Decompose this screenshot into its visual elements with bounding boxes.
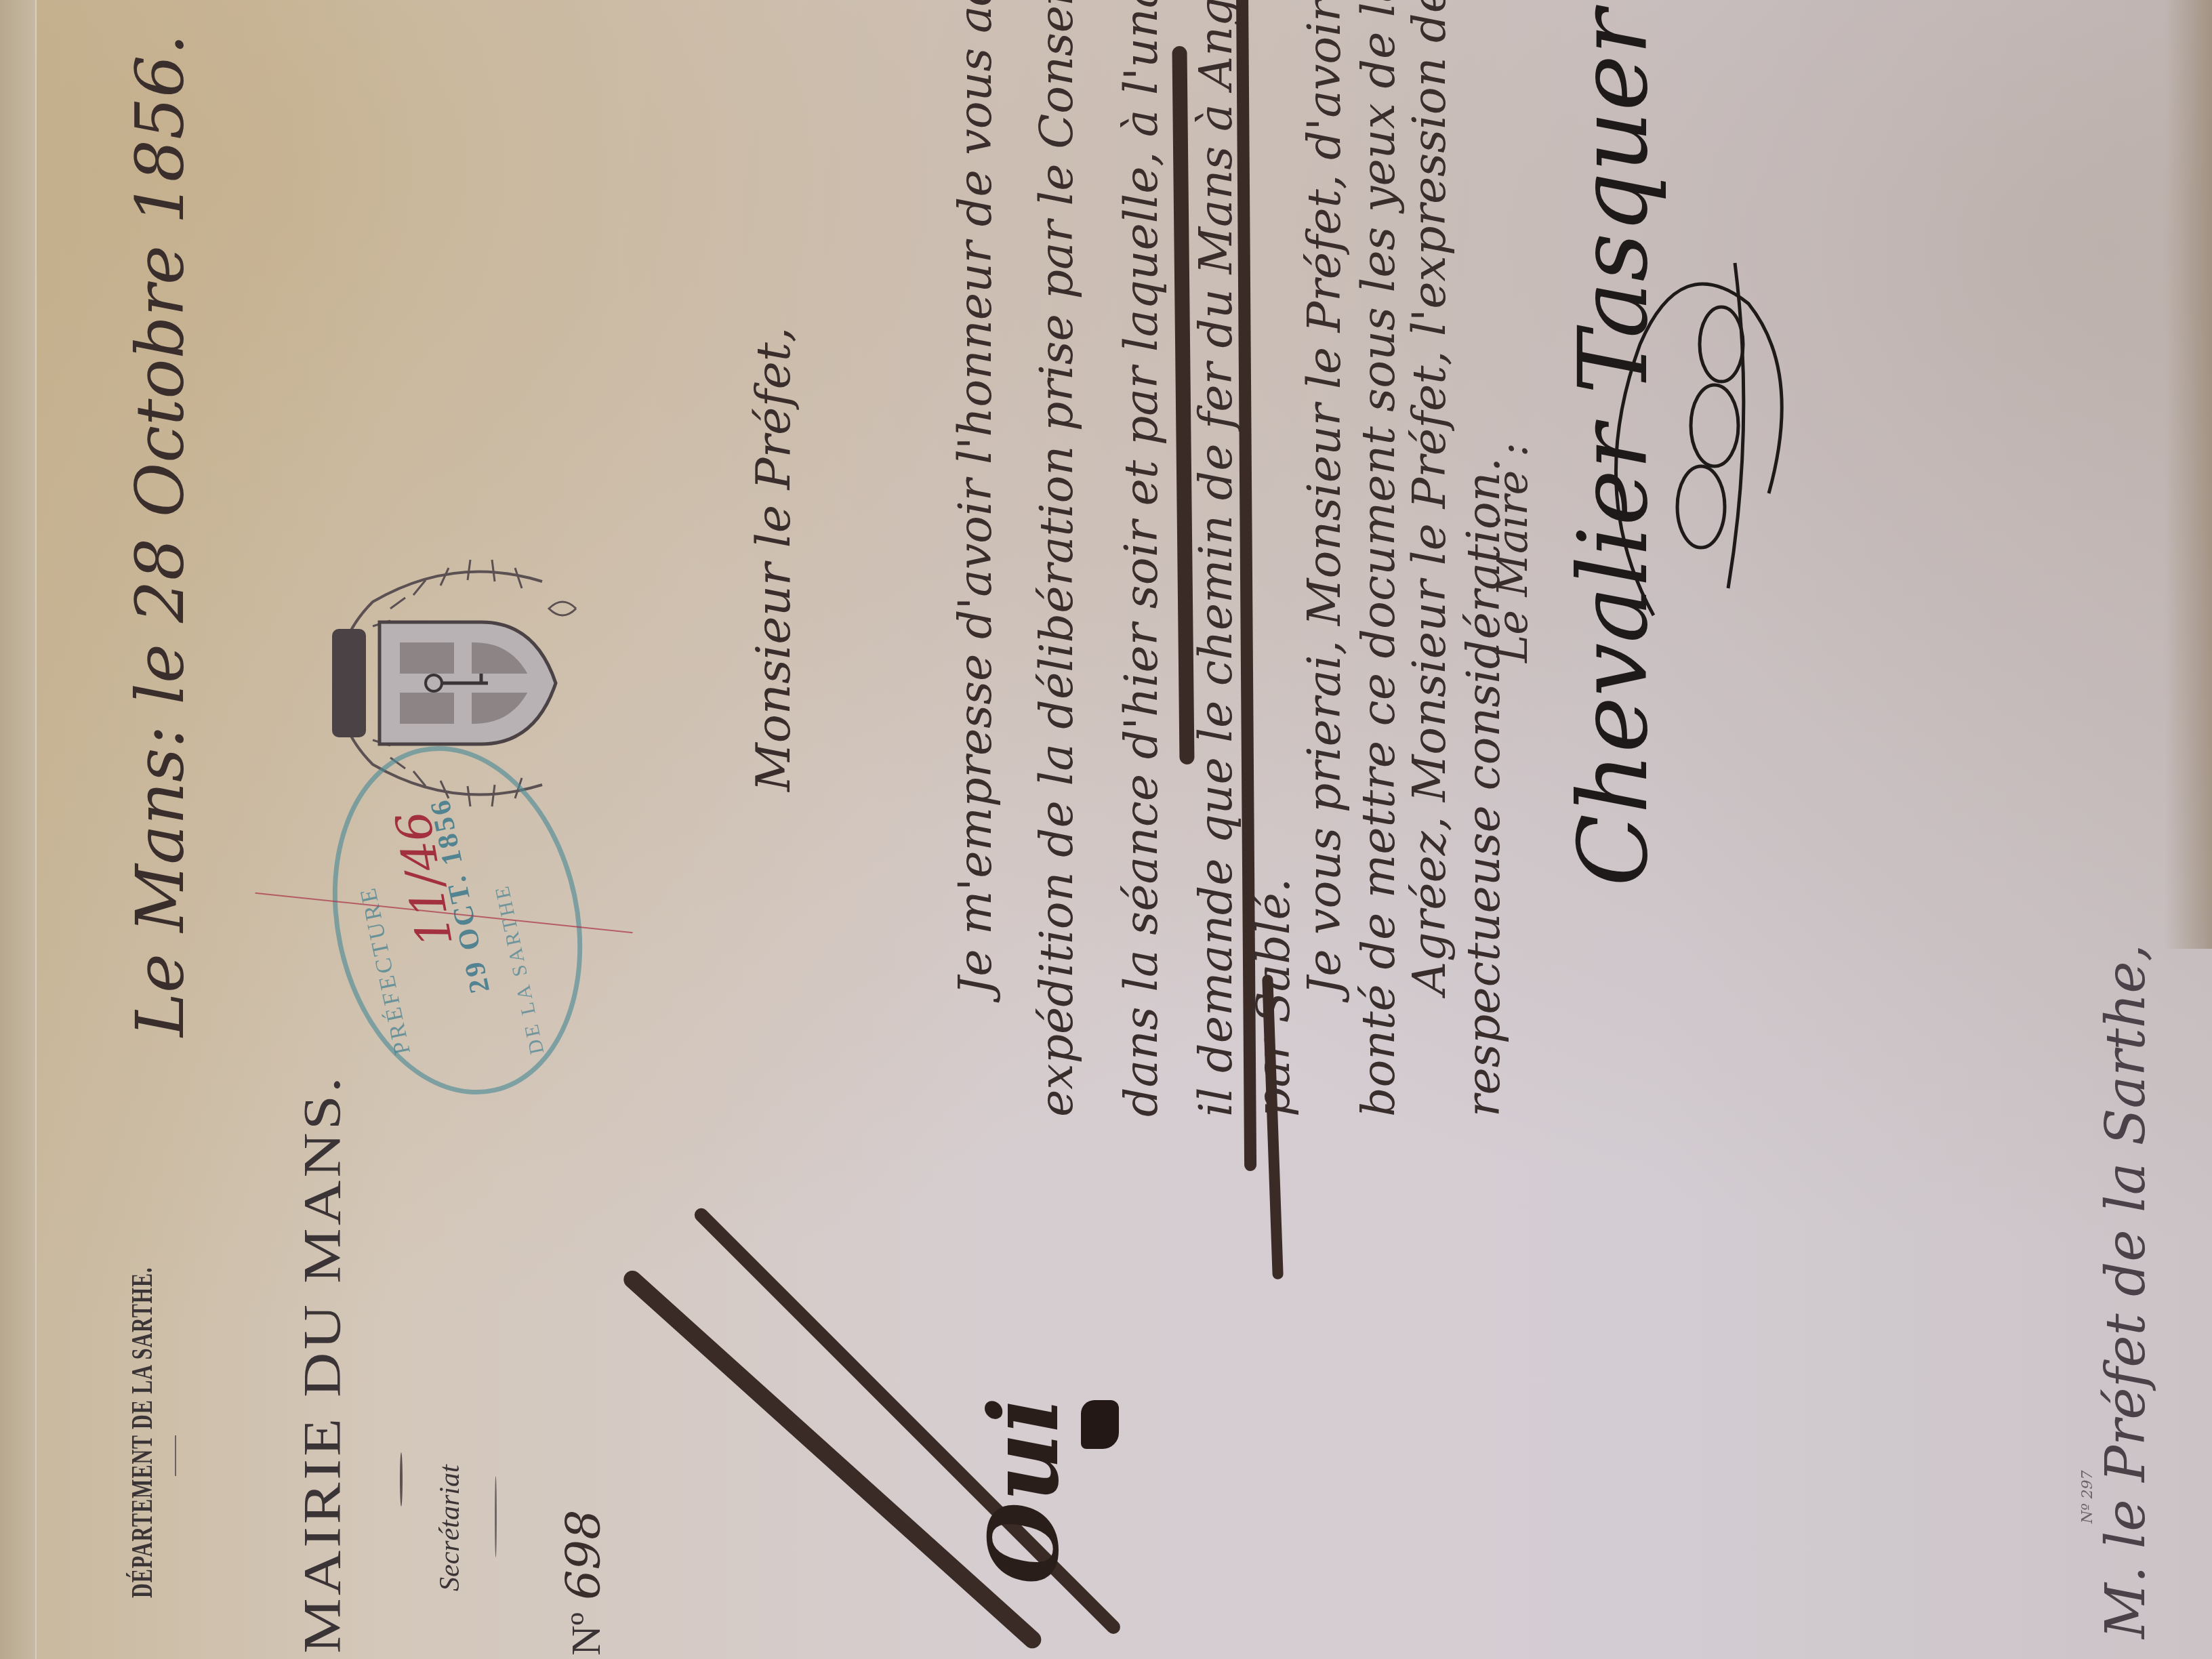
title-ornament: [400, 1452, 403, 1507]
body-line: bonté de mettre ce document sous les yeu…: [1352, 0, 1406, 1117]
office-label: Secrétariat: [434, 1465, 466, 1591]
letter-page: DÉPARTEMENT DE LA SARTHE. MAIRIE DU MANS…: [0, 0, 2212, 1659]
closing-title: Le Maire :: [1488, 443, 1537, 663]
department-header: DÉPARTEMENT DE LA SARTHE.: [125, 1267, 160, 1598]
body-line: expédition de la délibération prise par …: [1030, 0, 1084, 1117]
number-value: 698: [556, 1509, 611, 1600]
salutation: Monsieur le Préfet,: [745, 327, 801, 792]
institution-title: MAIRIE DU MANS.: [291, 1074, 352, 1654]
dateline: Le Mans: le 28 Octobre 1856.: [122, 34, 199, 1037]
office-ornament: [495, 1476, 497, 1557]
body-line: Je m'empresse d'avoir l'honneur de vous …: [949, 0, 1002, 995]
marginal-approval-note: Oui: [969, 1397, 1080, 1584]
prefecture-received-stamp: PRÉFECTURE 29 OCT. 1856 DE LA SARTHE 11/…: [335, 744, 579, 1097]
header-divider: [175, 1435, 176, 1476]
body-line: dans la séance d'hier soir et par laquel…: [1115, 0, 1168, 1117]
addressee-line: M. le Préfet de la Sarthe,: [2094, 944, 2157, 1639]
document-number: Nº698: [556, 1509, 611, 1656]
body-line: il demande que le chemin de fer du Mans …: [1189, 0, 1243, 1117]
body-line: Agréez, Monsieur le Préfet, l'expression…: [1403, 0, 1456, 995]
number-label: Nº: [563, 1612, 609, 1656]
ink-blot: [1081, 1400, 1119, 1449]
body-line: Je vous prierai, Monsieur le Préfet, d'a…: [1298, 0, 1351, 995]
signature-flourish-icon: [1599, 249, 1823, 629]
